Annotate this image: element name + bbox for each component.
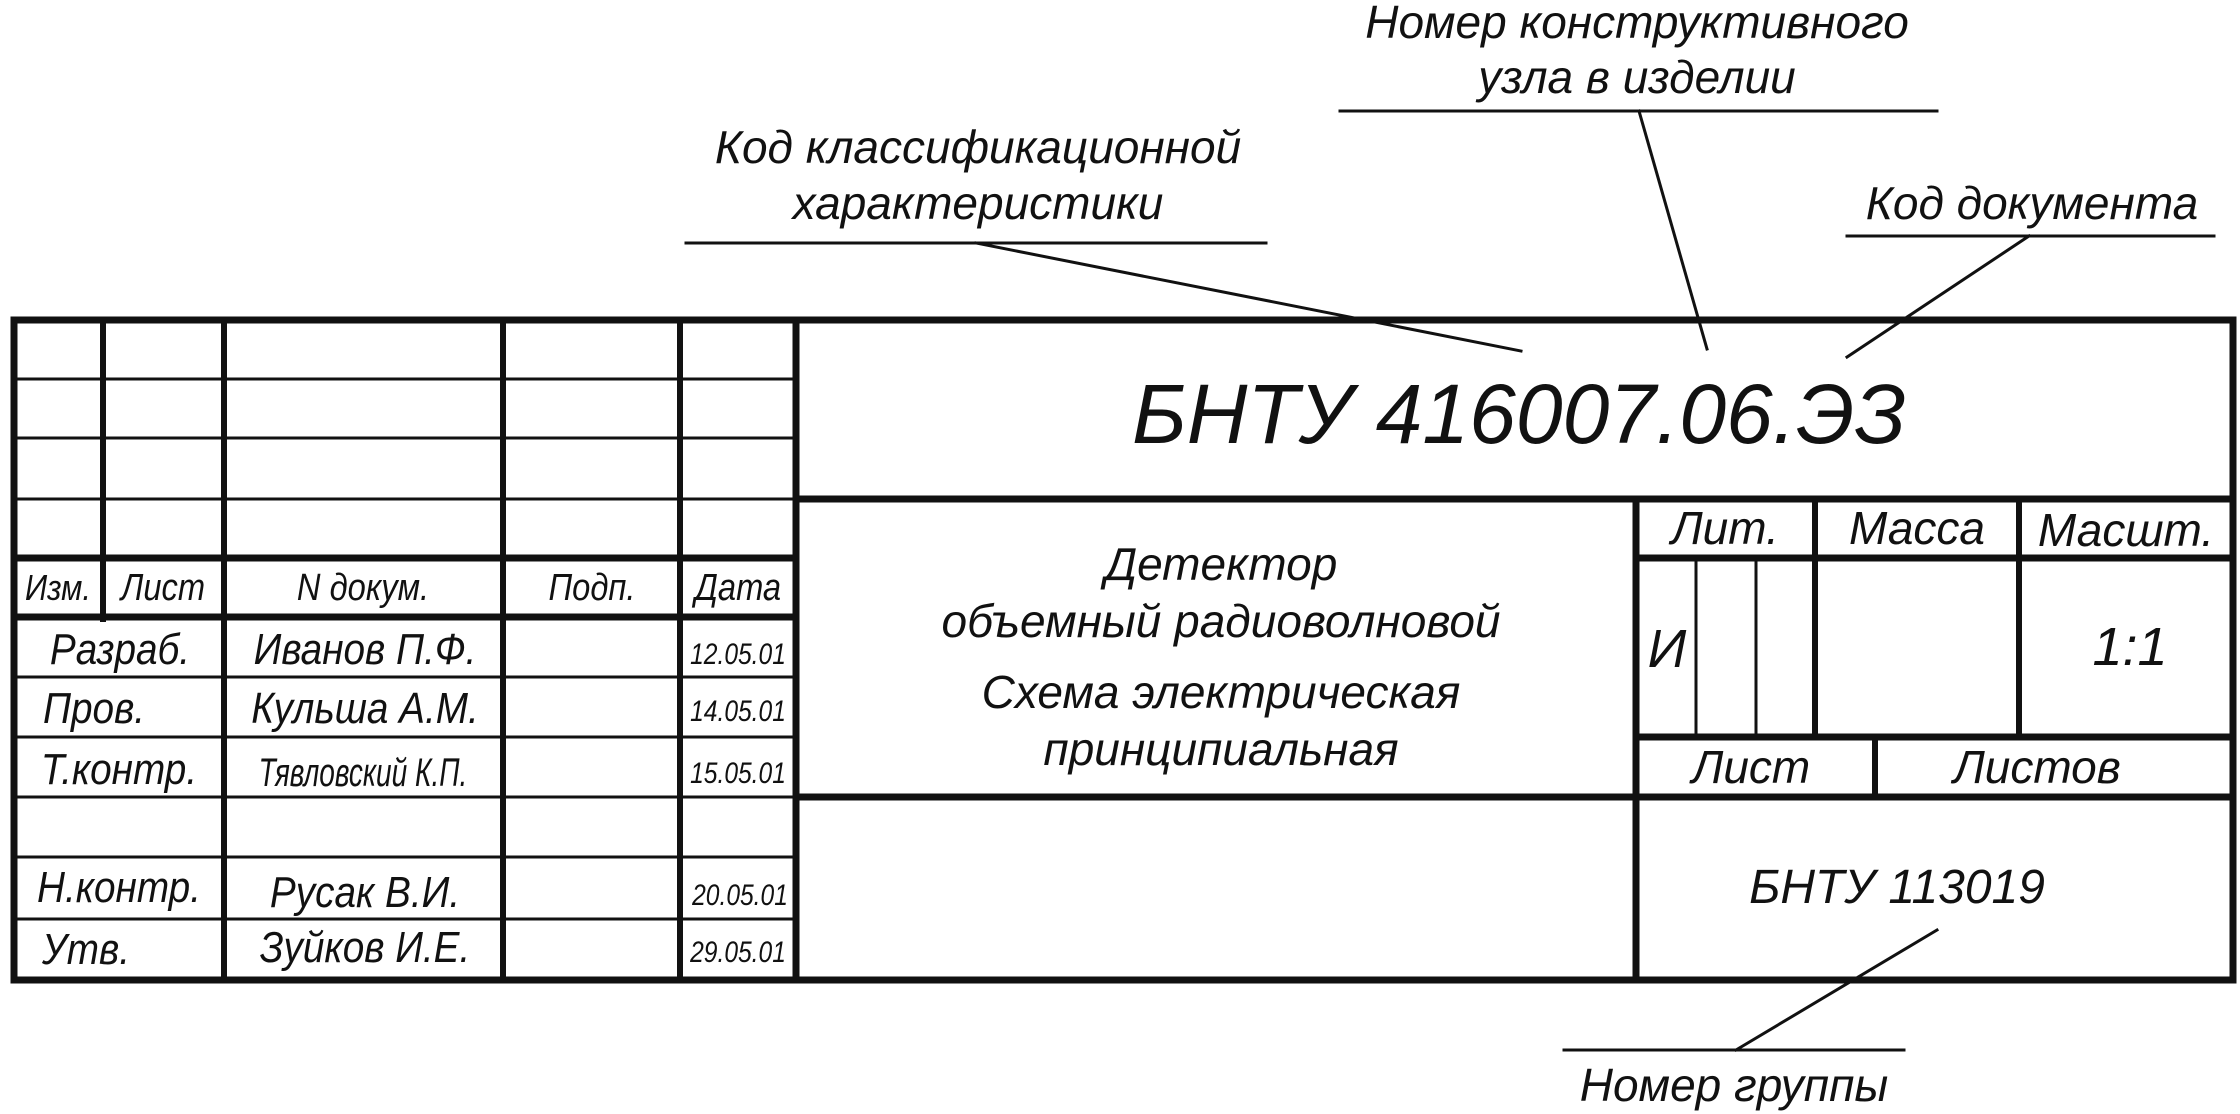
row-date: 12.05.01 [690, 640, 786, 670]
row-date: 14.05.01 [690, 697, 786, 727]
value-scale: 1:1 [2092, 620, 2167, 674]
header-change: Изм. [25, 570, 91, 606]
row-date: 29.05.01 [690, 938, 786, 968]
row-name: Иванов П.Ф. [254, 628, 477, 672]
document-name-line2: принципиальная [1043, 726, 1398, 772]
annotation-assembly-number-line2: узла в изделии [1478, 54, 1796, 100]
annotation-assembly-number-line1: Номер конструктивного [1365, 0, 1909, 45]
label-sheet: Лист [1692, 744, 1810, 790]
header-date: Дата [695, 569, 781, 607]
row-role: Разраб. [50, 628, 190, 672]
row-role: Н.контр. [37, 866, 201, 910]
value-lit: И [1648, 622, 1687, 676]
annotation-classification-code-line1: Код классификационной [715, 124, 1241, 170]
label-mass: Масса [1849, 505, 1985, 551]
annotation-group-number: Номер группы [1580, 1062, 1889, 1108]
label-sheets: Листов [1953, 744, 2121, 790]
header-sheet: Лист [121, 569, 205, 607]
organization-code: БНТУ 113019 [1749, 864, 2045, 912]
row-name: Кульша А.М. [251, 687, 479, 731]
title-block-drawing: Код классификационной характеристики Ном… [0, 0, 2240, 1114]
header-doc-number: N докум. [297, 569, 429, 607]
annotation-document-code: Код документа [1866, 180, 2198, 226]
row-date: 20.05.01 [692, 881, 788, 911]
label-lit: Лит. [1671, 505, 1779, 551]
label-scale: Масшт. [2038, 507, 2214, 553]
row-role: Т.контр. [41, 748, 197, 792]
row-name: Русак В.И. [270, 871, 460, 915]
document-name-line1: Схема электрическая [982, 669, 1461, 715]
document-designation: БНТУ 416007.06.ЭЗ [1132, 372, 1906, 456]
annotation-classification-code-line2: характеристики [793, 180, 1164, 226]
row-date: 15.05.01 [690, 759, 786, 789]
row-role: Утв. [42, 928, 130, 972]
row-name: Зуйков И.Е. [260, 926, 470, 970]
row-name: Тявловский К.П. [259, 753, 468, 793]
product-name-line1: Детектор [1105, 541, 1338, 587]
row-role: Пров. [43, 687, 145, 731]
header-signature: Подп. [549, 569, 636, 607]
product-name-line2: объемный радиоволновой [942, 598, 1501, 644]
